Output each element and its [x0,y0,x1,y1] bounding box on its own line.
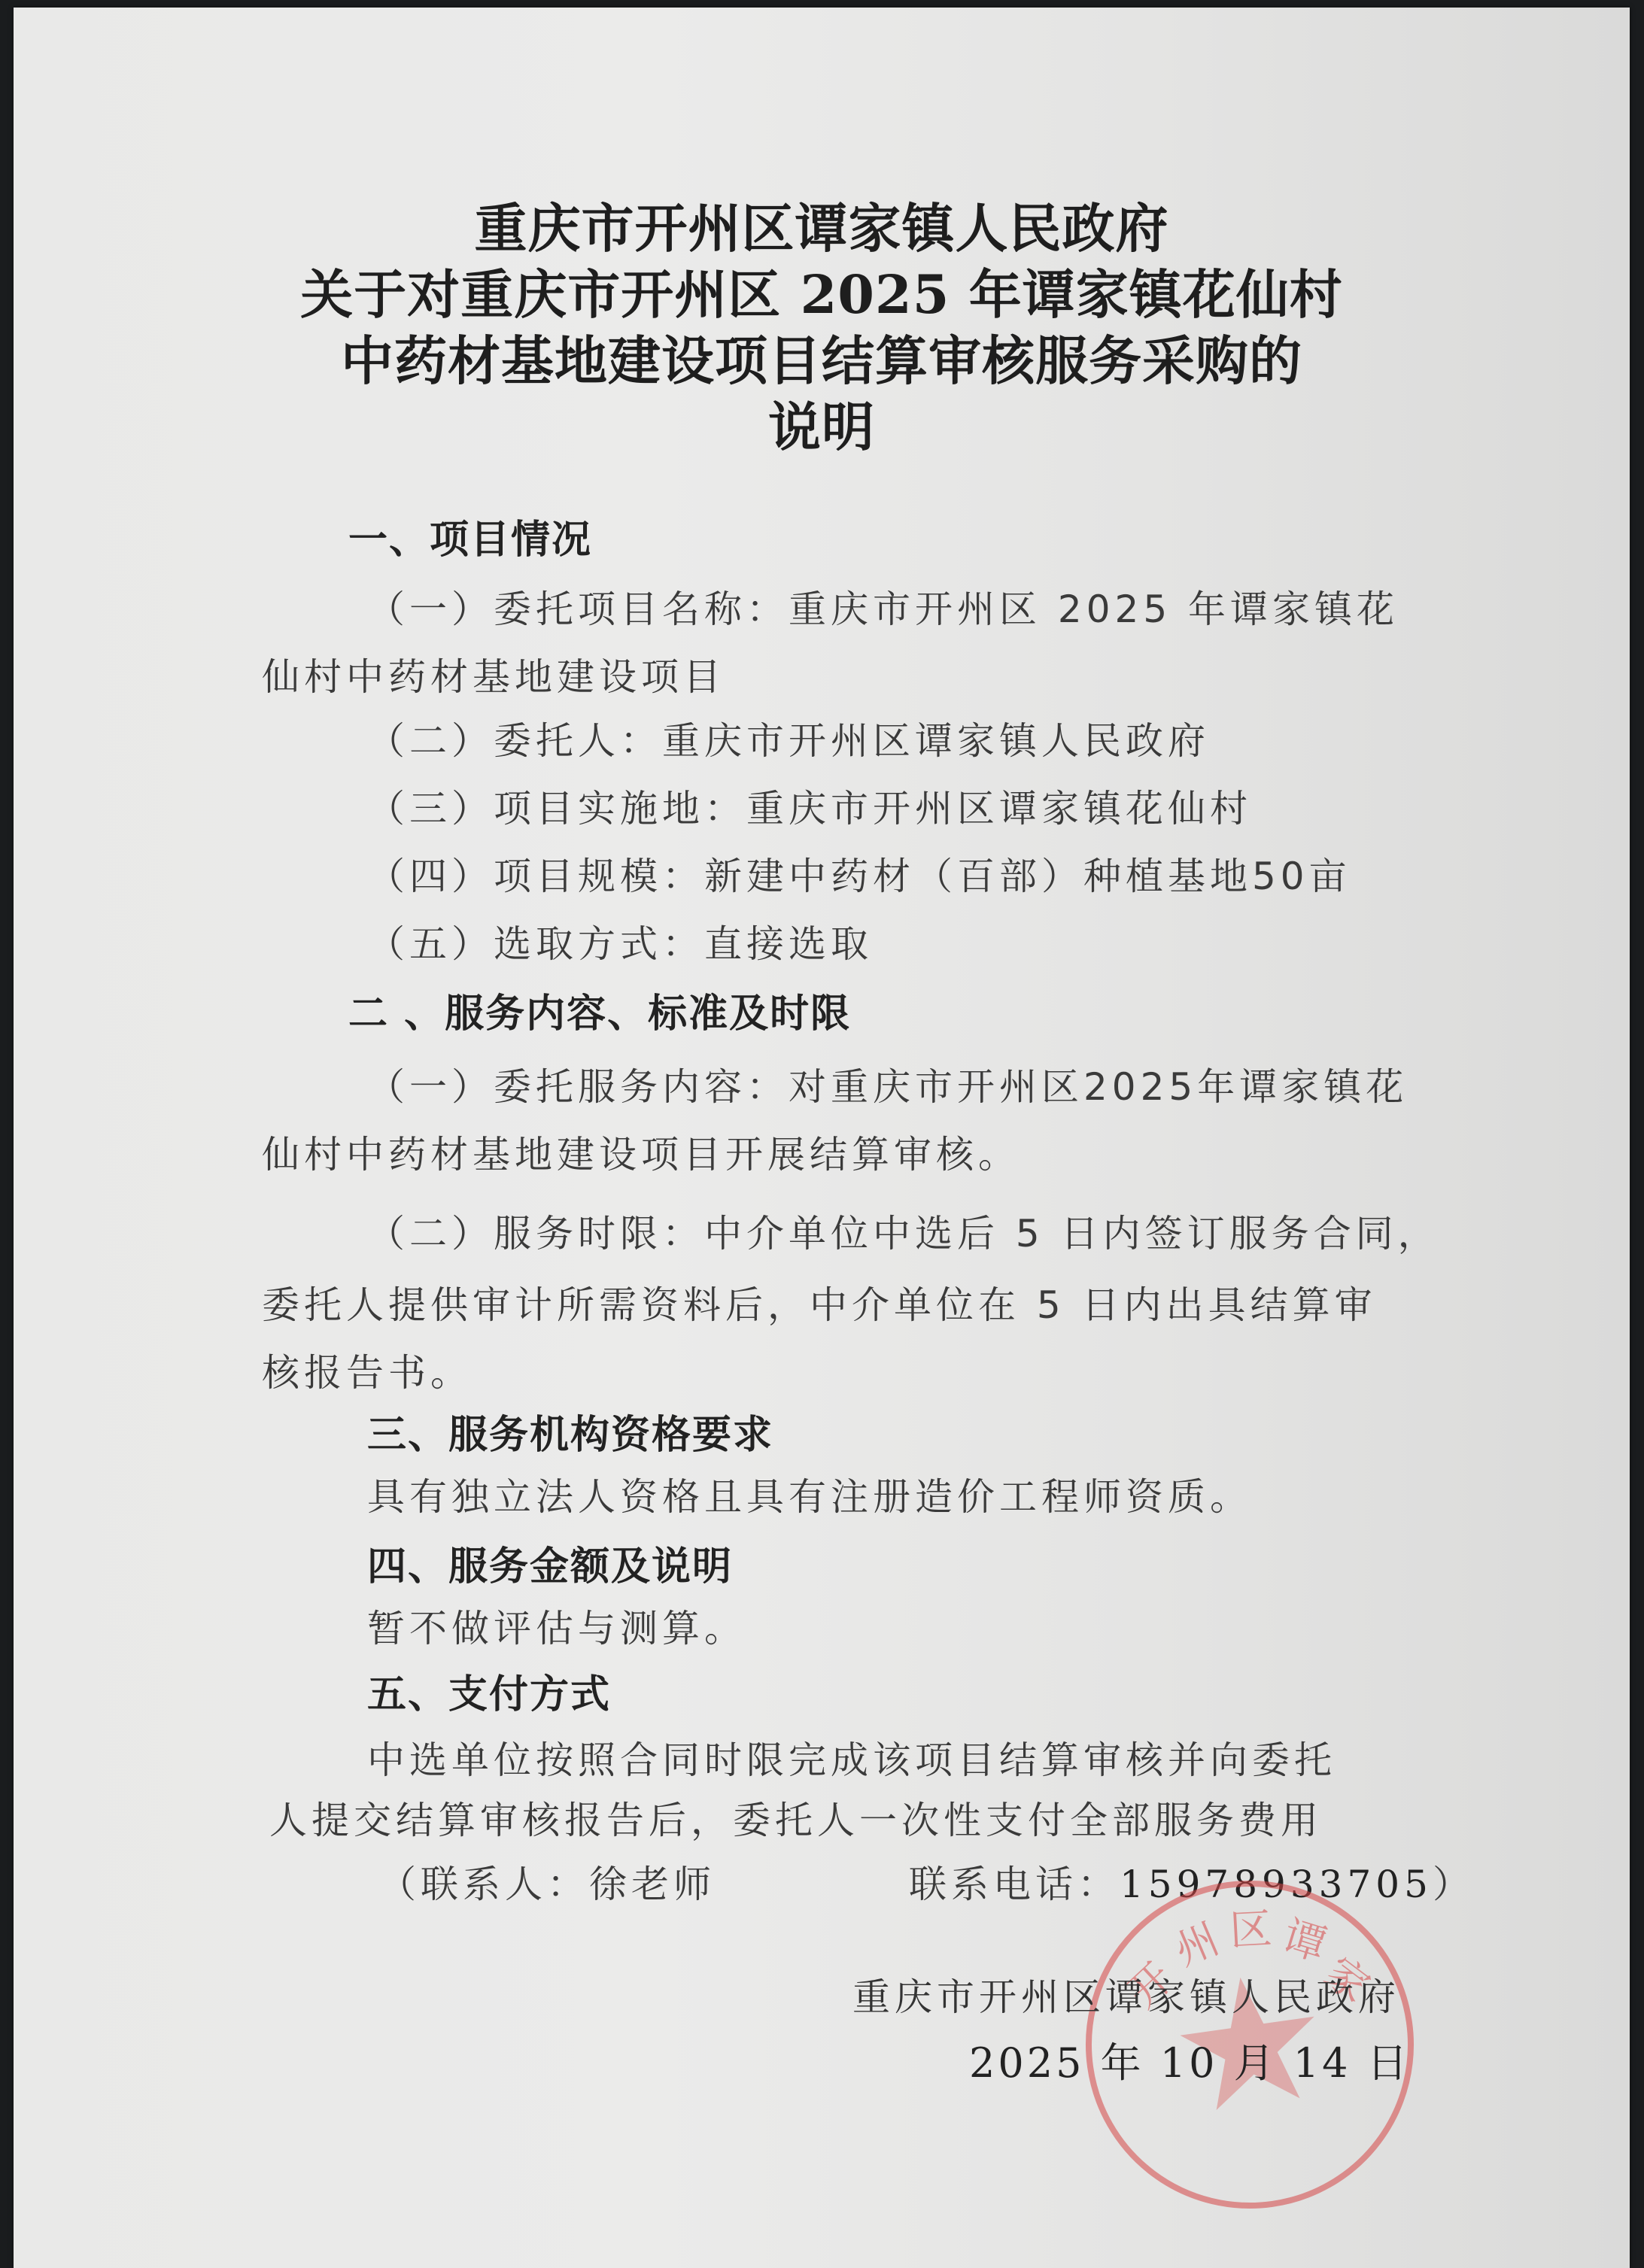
section-heading-5: 五、支付方式 [367,1662,611,1719]
contact-line: （联系人：徐老师 [378,1854,716,1908]
title-line: 中药材基地建设项目结算审核服务采购的 [14,328,1630,394]
paragraph-line: （二）服务时限：中介单位中选后 5 日内签订服务合同， [367,1204,1440,1258]
section-heading-1: 一、项目情况 [348,508,592,564]
paragraph-line: （四）项目规模：新建中药材（百部）种植基地50亩 [367,846,1351,900]
signing-organization: 重庆市开州区谭家镇人民政府 [852,1967,1400,2021]
paragraph-line: 具有独立法人资格且具有注册造价工程师资质。 [367,1467,1252,1521]
paragraph-line: （二）委托人：重庆市开州区谭家镇人民政府 [367,711,1210,765]
section-heading-4: 四、服务金额及说明 [367,1535,733,1591]
contact-close-paren: ） [1433,1863,1475,1906]
title-line: 关于对重庆市开州区 2025 年谭家镇花仙村 [14,262,1630,328]
paragraph-line: （一）委托项目名称：重庆市开州区 2025 年谭家镇花 [367,579,1399,633]
document-title: 重庆市开州区谭家镇人民政府 关于对重庆市开州区 2025 年谭家镇花仙村 中药材… [14,196,1630,460]
section-heading-2: 二 、服务内容、标准及时限 [348,982,851,1038]
section-heading-3: 三、服务机构资格要求 [367,1403,773,1459]
paragraph-line: 仙村中药材基地建设项目 [262,647,725,701]
title-line: 重庆市开州区谭家镇人民政府 [14,196,1630,262]
paragraph-line: 中选单位按照合同时限完成该项目结算审核并向委托 [367,1730,1336,1784]
paragraph-line: （五）选取方式：直接选取 [367,914,873,968]
title-line: 说明 [14,394,1630,460]
contact-phone-label: 联系电话： [909,1863,1120,1906]
contact-person-label: 联系人： [421,1863,589,1906]
paragraph-line: （一）委托服务内容：对重庆市开州区2025年谭家镇花 [367,1057,1408,1111]
document-page: 重庆市开州区谭家镇人民政府 关于对重庆市开州区 2025 年谭家镇花仙村 中药材… [14,8,1630,2268]
paragraph-line: 人提交结算审核报告后，委托人一次性支付全部服务费用 [269,1790,1323,1844]
paragraph-line: 暂不做评估与测算。 [367,1599,746,1653]
paragraph-line: 委托人提供审计所需资料后，中介单位在 5 日内出具结算审 [262,1275,1377,1329]
contact-open-paren: （ [378,1863,421,1906]
paragraph-line: 核报告书。 [262,1343,473,1397]
paragraph-line: （三）项目实施地：重庆市开州区谭家镇花仙村 [367,779,1252,833]
signing-date: 2025 年 10 月 14 日 [969,2031,1411,2089]
contact-person: 徐老师 [589,1863,716,1906]
paragraph-line: 仙村中药材基地建设项目开展结算审核。 [262,1125,1020,1179]
seal-char: 区 [1228,1896,1273,1958]
